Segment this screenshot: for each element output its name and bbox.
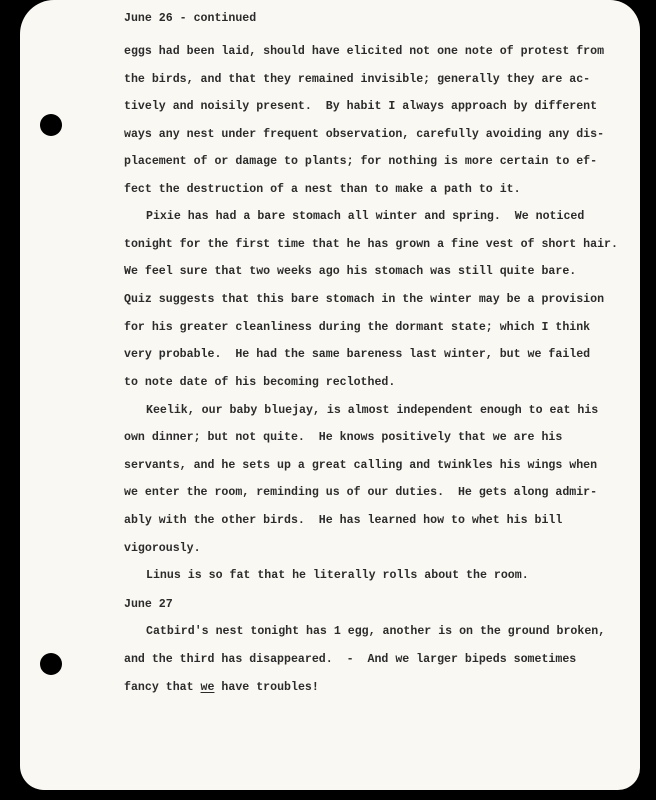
text-line: own dinner; but not quite. He knows posi…	[124, 431, 562, 445]
closing-line: fancy that we have troubles!	[124, 681, 319, 695]
text-line: eggs had been laid, should have elicited…	[124, 45, 604, 59]
text-line: for his greater cleanliness during the d…	[124, 321, 590, 335]
text-line: the birds, and that they remained invisi…	[124, 73, 590, 87]
text-line: Pixie has had a bare stomach all winter …	[146, 210, 584, 224]
section-date-june-27: June 27	[124, 598, 173, 612]
text-line: Quiz suggests that this bare stomach in …	[124, 293, 604, 307]
text-line: to note date of his becoming reclothed.	[124, 376, 395, 390]
text-line: We feel sure that two weeks ago his stom…	[124, 265, 576, 279]
typed-page: June 26 - continued eggs had been laid, …	[20, 0, 640, 790]
text-line: Keelik, our baby bluejay, is almost inde…	[146, 404, 598, 418]
text-line: Catbird's nest tonight has 1 egg, anothe…	[146, 625, 605, 639]
text-line: ways any nest under frequent observation…	[124, 128, 604, 142]
text-line: very probable. He had the same bareness …	[124, 348, 590, 362]
text-line: ably with the other birds. He has learne…	[124, 514, 562, 528]
closing-text-before: fancy that	[124, 681, 201, 694]
page-header: June 26 - continued	[124, 12, 256, 26]
text-line: we enter the room, reminding us of our d…	[124, 486, 597, 500]
hole-punch-top	[40, 114, 62, 136]
closing-text-after: have troubles!	[214, 681, 318, 694]
text-line: fect the destruction of a nest than to m…	[124, 183, 521, 197]
text-line: placement of or damage to plants; for no…	[124, 155, 597, 169]
text-line: tively and noisily present. By habit I a…	[124, 100, 597, 114]
text-line: vigorously.	[124, 542, 201, 556]
text-line: servants, and he sets up a great calling…	[124, 459, 597, 473]
text-line: and the third has disappeared. - And we …	[124, 653, 576, 667]
text-line: Linus is so fat that he literally rolls …	[146, 569, 529, 583]
text-line: tonight for the first time that he has g…	[124, 238, 618, 252]
hole-punch-bottom	[40, 653, 62, 675]
underlined-word: we	[201, 681, 215, 694]
